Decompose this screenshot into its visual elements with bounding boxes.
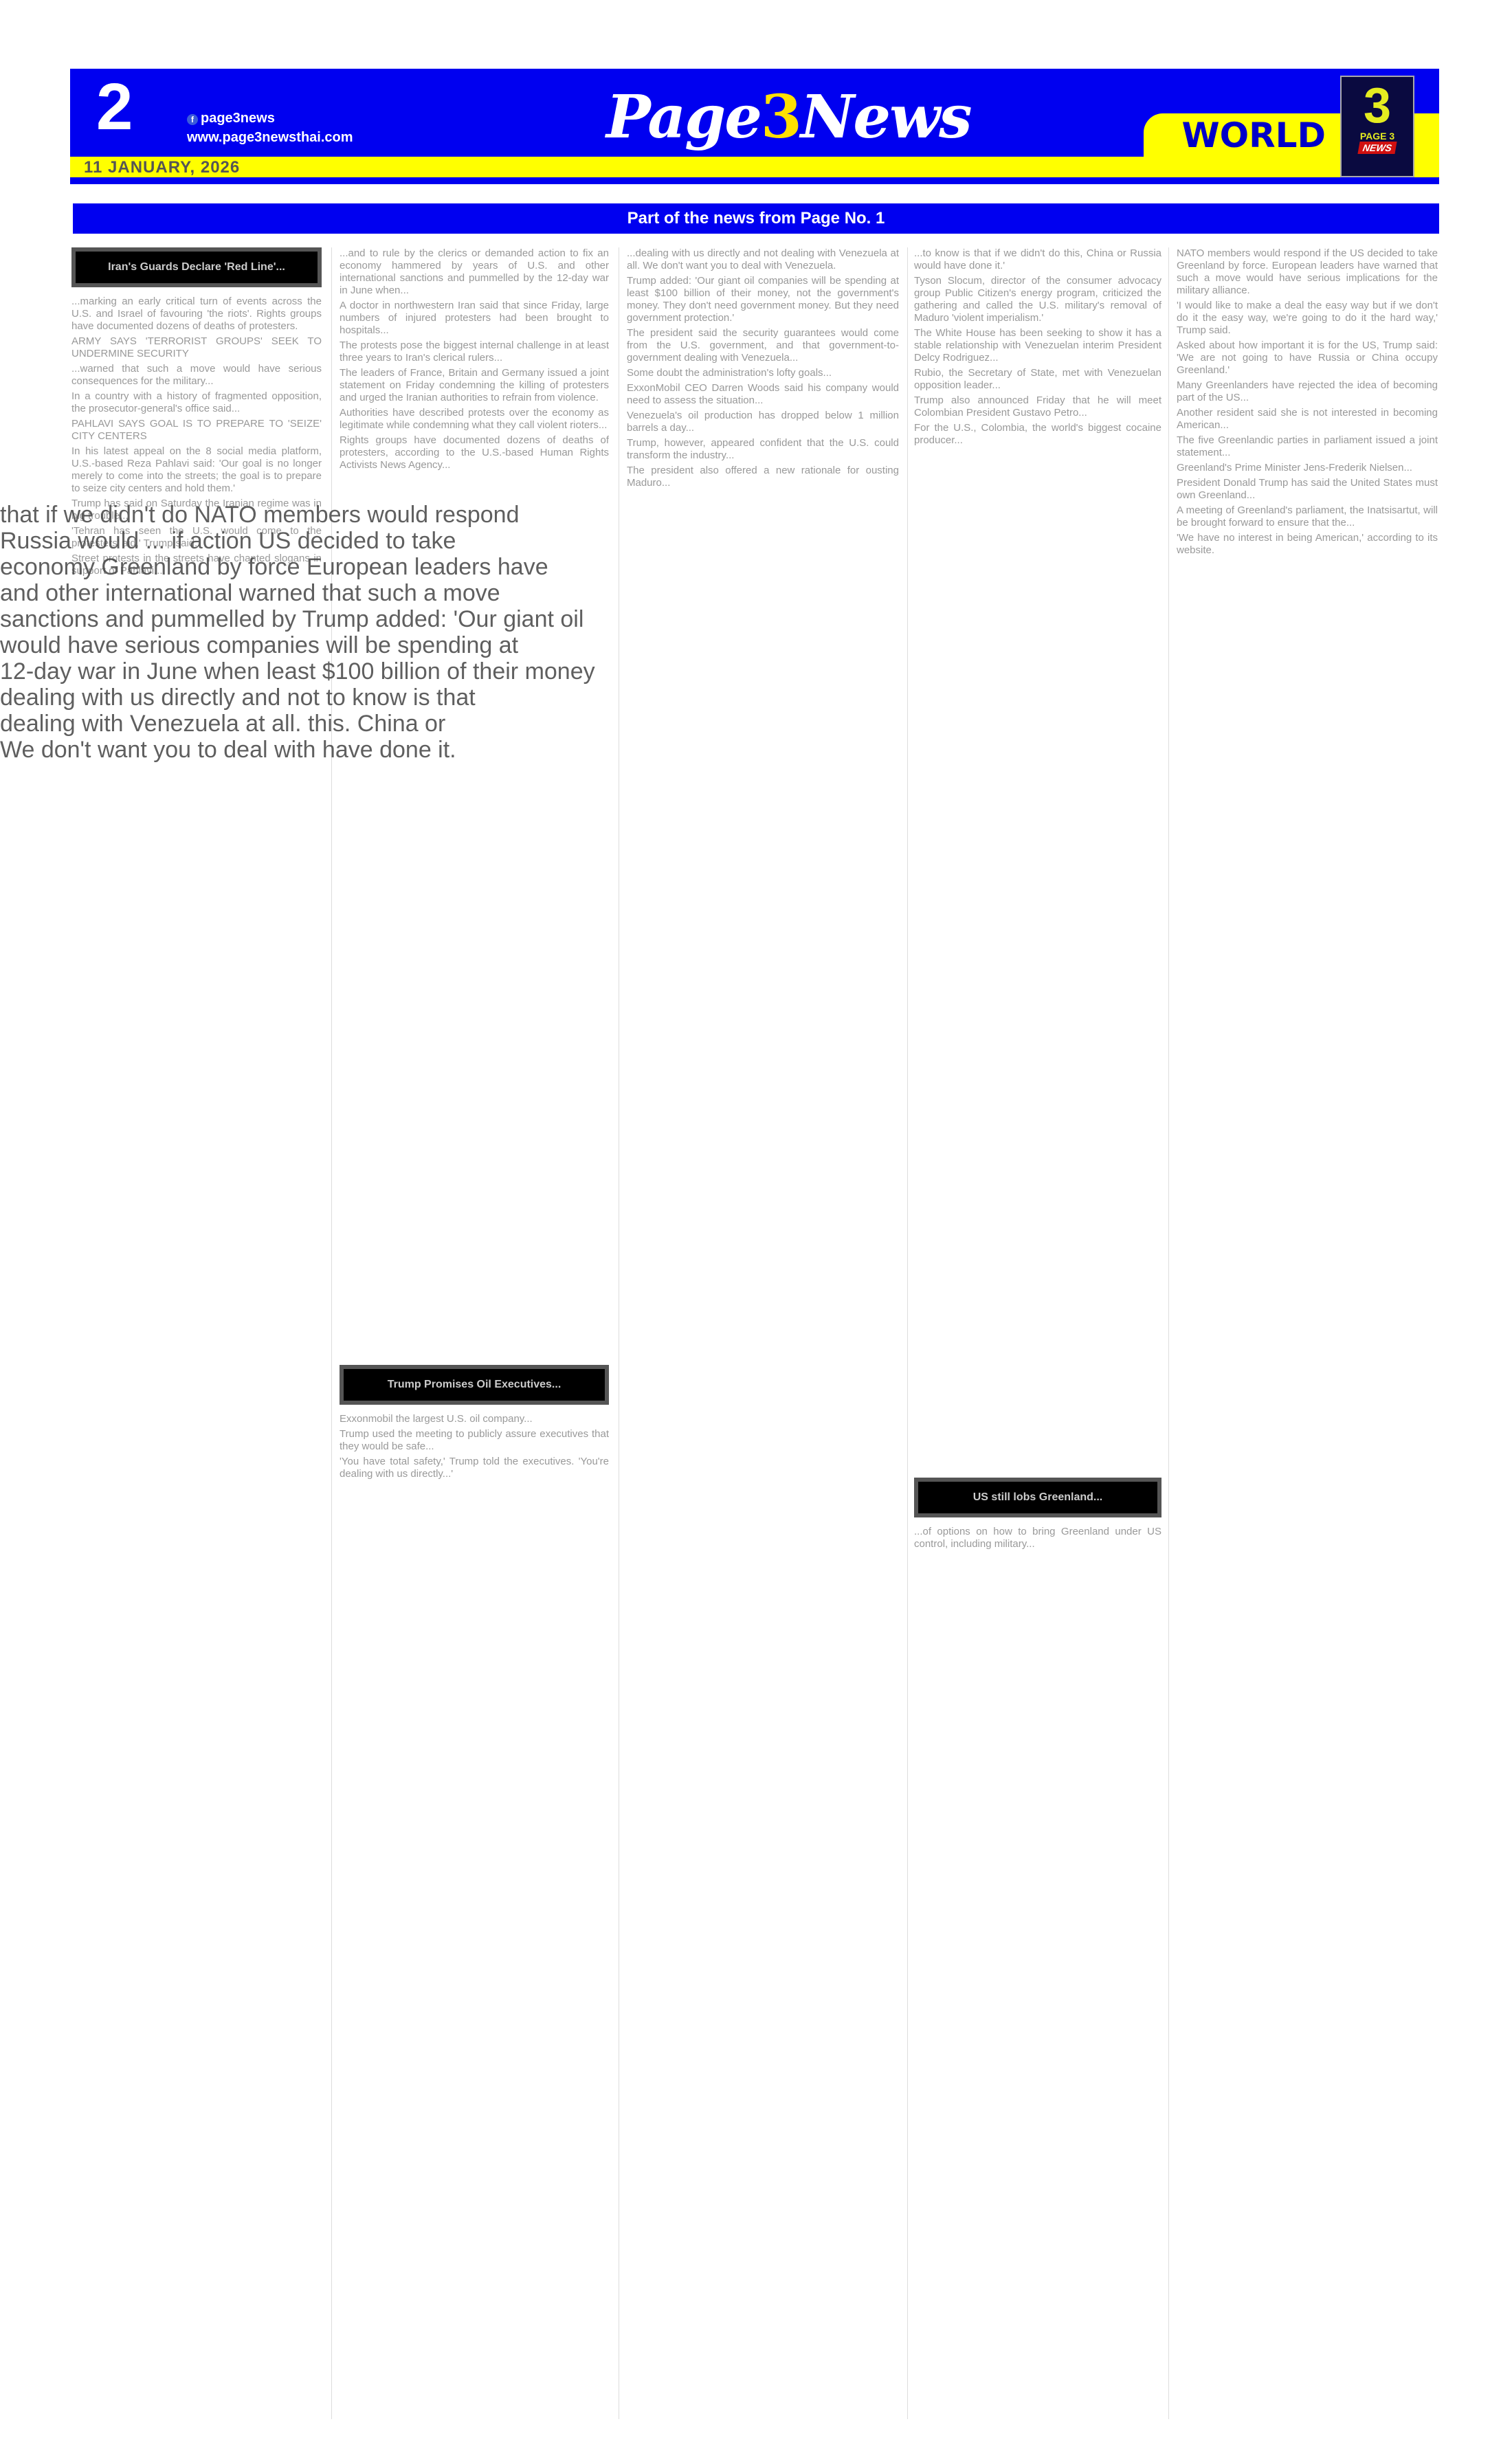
paragraph: Rights groups have documented dozens of … (340, 434, 609, 471)
paragraph: The five Greenlandic parties in parliame… (1177, 434, 1438, 459)
issue-date: 11 JANUARY, 2026 (84, 158, 240, 177)
subheading: PAHLAVI SAYS GOAL IS TO PREPARE TO 'SEIZ… (71, 418, 322, 443)
overlapping-text-overlay: that if we didn't do NATO members would … (0, 502, 825, 763)
paragraph: 'You have total safety,' Trump told the … (340, 1456, 609, 1480)
overlay-line: that if we didn't do NATO members would … (0, 502, 825, 528)
website-link[interactable]: www.page3newsthai.com (187, 128, 353, 147)
paragraph: 'We have no interest in being American,'… (1177, 532, 1438, 557)
paragraph: A doctor in northwestern Iran said that … (340, 300, 609, 337)
paragraph: ...marking an early critical turn of eve… (71, 296, 322, 333)
paragraph: President Donald Trump has said the Unit… (1177, 477, 1438, 502)
paragraph: In a country with a history of fragmente… (71, 390, 322, 415)
paragraph: ...of options on how to bring Greenland … (914, 1526, 1161, 1550)
overlay-line: would have serious companies will be spe… (0, 632, 825, 658)
paragraph: Tyson Slocum, director of the consumer a… (914, 275, 1161, 324)
article-headline-tag[interactable]: Iran's Guards Declare 'Red Line'... (71, 247, 322, 287)
facebook-handle[interactable]: page3news (201, 111, 275, 126)
paragraph: For the U.S., Colombia, the world's bigg… (914, 422, 1161, 447)
article-headline-tag[interactable]: US still lobs Greenland... (914, 1478, 1161, 1517)
paragraph: Exxonmobil the largest U.S. oil company.… (340, 1413, 609, 1425)
logo-text-right: News (801, 82, 971, 152)
section-name: WORLD (1181, 115, 1326, 155)
overlay-line: dealing with us directly and not to know… (0, 685, 825, 711)
masthead: 2 fpage3news www.page3newsthai.com 11 JA… (70, 69, 1439, 184)
badge-number: 3 (1342, 81, 1413, 131)
overlay-line: economy Greenland by force European lead… (0, 554, 825, 580)
facebook-icon: f (187, 114, 198, 125)
paragraph: The president said the security guarante… (627, 327, 899, 364)
paragraph: Trump, however, appeared confident that … (627, 437, 899, 462)
paragraph: Another resident said she is not interes… (1177, 407, 1438, 432)
paragraph: Trump also announced Friday that he will… (914, 394, 1161, 419)
continuation-banner: Part of the news from Page No. 1 (73, 203, 1439, 234)
brand-badge: 3 PAGE 3 NEWS (1340, 76, 1414, 177)
article-column-4: ...to know is that if we didn't do this,… (914, 247, 1161, 2419)
paragraph: ExxonMobil CEO Darren Woods said his com… (627, 382, 899, 407)
paragraph: A meeting of Greenland's parliament, the… (1177, 504, 1438, 529)
logo-text-left: Page (606, 82, 761, 152)
paragraph: Authorities have described protests over… (340, 407, 609, 432)
page-number: 2 (96, 74, 133, 140)
paragraph: ...and to rule by the clerics or demande… (340, 247, 609, 297)
overlay-line: We don't want you to deal with have done… (0, 737, 825, 763)
overlay-line: 12-day war in June when least $100 billi… (0, 658, 825, 685)
badge-label: PAGE 3 (1342, 131, 1413, 142)
paragraph: 'I would like to make a deal the easy wa… (1177, 300, 1438, 337)
overlay-line: Russia would ... if action US decided to… (0, 528, 825, 554)
paragraph: Trump added: 'Our giant oil companies wi… (627, 275, 899, 324)
paragraph: ...warned that such a move would have se… (71, 363, 322, 388)
article-column-5: NATO members would respond if the US dec… (1177, 247, 1438, 2419)
paragraph: Venezuela's oil production has dropped b… (627, 410, 899, 434)
article-headline-tag[interactable]: Trump Promises Oil Executives... (340, 1365, 609, 1405)
badge-news: NEWS (1357, 142, 1397, 154)
overlay-line: sanctions and pummelled by Trump added: … (0, 606, 825, 632)
paragraph: The White House has been seeking to show… (914, 327, 1161, 364)
logo-number: 3 (761, 82, 801, 152)
paragraph: Trump used the meeting to publicly assur… (340, 1428, 609, 1453)
subheading: ARMY SAYS 'TERRORIST GROUPS' SEEK TO UND… (71, 335, 322, 360)
paragraph: In his latest appeal on the 8 social med… (71, 445, 322, 495)
paragraph: The protests pose the biggest internal c… (340, 340, 609, 364)
paragraph: The leaders of France, Britain and Germa… (340, 367, 609, 404)
paragraph: ...dealing with us directly and not deal… (627, 247, 899, 272)
column-divider (907, 247, 908, 2419)
paragraph: Some doubt the administration's lofty go… (627, 367, 899, 379)
newspaper-logo: Page3News (606, 82, 971, 152)
overlay-line: and other international warned that such… (0, 580, 825, 606)
paragraph: Asked about how important it is for the … (1177, 340, 1438, 377)
overlay-line: dealing with Venezuela at all. this. Chi… (0, 711, 825, 737)
paragraph: ...to know is that if we didn't do this,… (914, 247, 1161, 272)
column-divider (1168, 247, 1169, 2419)
paragraph: Many Greenlanders have rejected the idea… (1177, 379, 1438, 404)
paragraph: The president also offered a new rationa… (627, 465, 899, 489)
paragraph: Greenland's Prime Minister Jens-Frederik… (1177, 462, 1438, 474)
paragraph: NATO members would respond if the US dec… (1177, 247, 1438, 297)
paragraph: Rubio, the Secretary of State, met with … (914, 367, 1161, 392)
social-links: fpage3news www.page3newsthai.com (187, 109, 353, 147)
